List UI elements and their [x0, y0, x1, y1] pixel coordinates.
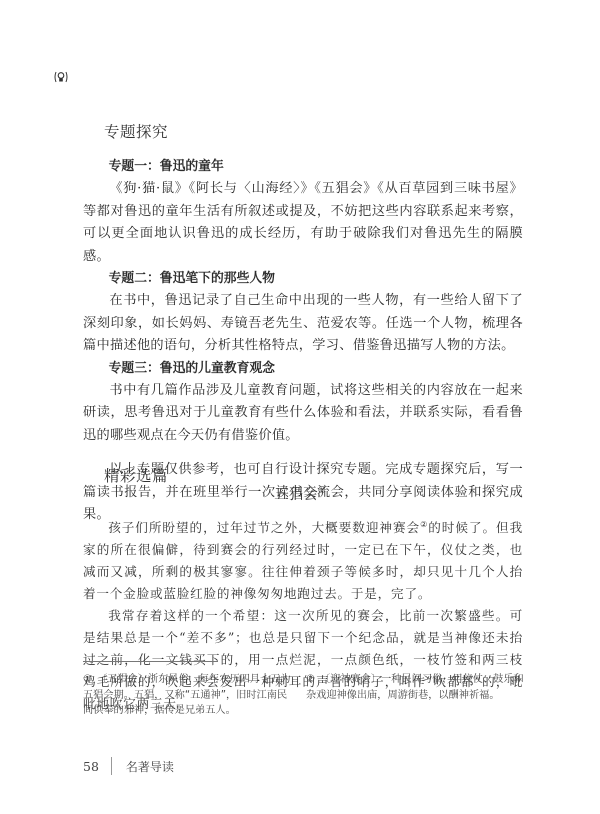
essay-paragraph-1: 孩子们所盼望的，过年过节之外，大概要数迎神赛会②的时候了。但我家的所在很偏僻，待…: [83, 514, 523, 605]
footnote-number: ②: [306, 672, 320, 688]
book-title: 名著导读: [126, 758, 174, 775]
page-number: 58: [83, 759, 99, 774]
footer-divider: [111, 757, 112, 775]
topic-body-2: 在书中，鲁迅记录了自己生命中出现的一些人物，有一些给人留下了深刻印象，如长妈妈、…: [83, 290, 523, 357]
footnote-ref-1: ①: [318, 486, 326, 496]
section-title-inquiry: 专题探究: [104, 120, 168, 142]
footnote-text: 〔迎神赛会〕一种民间习俗，用仪仗、鼓乐和杂戏迎神像出庙，周游街巷，以酬神祈福。: [306, 674, 524, 701]
page-footer: 58 名著导读: [83, 757, 174, 775]
topic-body-1: 《狗·猫·鼠》《阿长与〈山海经〉》《五猖会》《从百草园到三味书屋》等都对鲁迅的童…: [83, 178, 523, 268]
footnote-divider: [83, 661, 218, 662]
essay-text: 孩子们所盼望的，过年过节之外，大概要数迎神赛会: [108, 520, 420, 535]
topic-heading-3: 专题三：鲁迅的儿童教育观念: [83, 358, 523, 380]
essay-title-text: 五猖会: [274, 487, 318, 503]
topic-heading-1: 专题一：鲁迅的童年: [83, 156, 523, 178]
footnote-ref-2: ②: [420, 520, 428, 529]
footnote-text: 〔五猖会〕浙东风俗，每年农历四月十五为五猖会期。五猖，又称“五通神”，旧时江南民…: [83, 674, 291, 716]
essay-title: 五猖会①: [0, 483, 600, 504]
footnote-1: ①〔五猖会〕浙东风俗，每年农历四月十五为五猖会期。五猖，又称“五通神”，旧时江南…: [83, 672, 293, 719]
footnote-number: ①: [83, 672, 97, 688]
bulb-icon: [54, 70, 68, 84]
footnote-2: ②〔迎神赛会〕一种民间习俗，用仪仗、鼓乐和杂戏迎神像出庙，周游街巷，以酬神祈福。: [306, 672, 526, 703]
topic-heading-2: 专题二：鲁迅笔下的那些人物: [83, 268, 523, 290]
topic-body-3: 书中有几篇作品涉及儿童教育问题，试将这些相关的内容放在一起来研读，思考鲁迅对于儿…: [83, 380, 523, 447]
